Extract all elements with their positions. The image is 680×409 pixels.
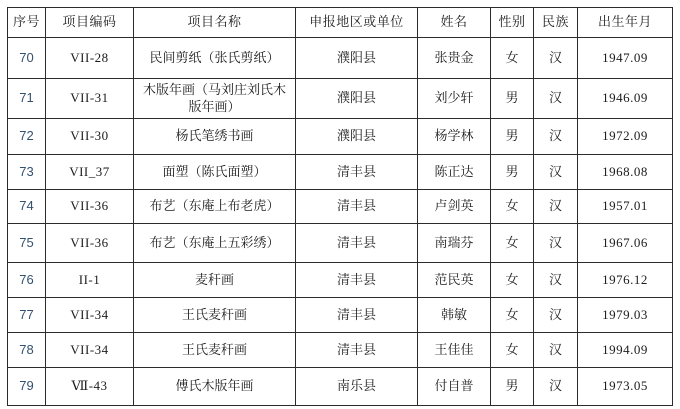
cell-person-name: 陈正达 bbox=[418, 155, 491, 190]
cell-person-name: 韩敏 bbox=[418, 298, 491, 333]
header-birth-date: 出生年月 bbox=[578, 8, 673, 38]
cell-project-code: VII-31 bbox=[46, 79, 134, 119]
cell-birth-date: 1994.09 bbox=[578, 333, 673, 368]
table-row: 73VII_37面塑（陈氏面塑）清丰县陈正达男汉1968.08 bbox=[8, 155, 673, 190]
cell-ethnicity: 汉 bbox=[534, 38, 578, 79]
cell-serial-number: 78 bbox=[8, 333, 46, 368]
cell-region-or-unit: 清丰县 bbox=[296, 333, 418, 368]
cell-person-name: 刘少轩 bbox=[418, 79, 491, 119]
cell-ethnicity: 汉 bbox=[534, 119, 578, 155]
table-row: 79Ⅶ-43傅氏木版年画南乐县付自普男汉1973.05 bbox=[8, 368, 673, 406]
heritage-projects-table: 序号 项目编码 项目名称 申报地区或单位 姓名 性别 民族 出生年月 70VII… bbox=[7, 7, 673, 406]
cell-gender: 女 bbox=[491, 224, 534, 263]
cell-serial-number: 74 bbox=[8, 190, 46, 224]
cell-ethnicity: 汉 bbox=[534, 224, 578, 263]
table-row: 72VII-30杨氏笔绣书画濮阳县杨学林男汉1972.09 bbox=[8, 119, 673, 155]
table-row: 74VII-36布艺（东庵上布老虎）清丰县卢剑英女汉1957.01 bbox=[8, 190, 673, 224]
cell-gender: 男 bbox=[491, 119, 534, 155]
cell-project-name: 麦秆画 bbox=[134, 263, 296, 298]
cell-person-name: 范民英 bbox=[418, 263, 491, 298]
cell-serial-number: 76 bbox=[8, 263, 46, 298]
cell-ethnicity: 汉 bbox=[534, 79, 578, 119]
cell-gender: 男 bbox=[491, 368, 534, 406]
cell-project-code: VII-34 bbox=[46, 333, 134, 368]
table-row: 76II-1麦秆画清丰县范民英女汉1976.12 bbox=[8, 263, 673, 298]
cell-serial-number: 77 bbox=[8, 298, 46, 333]
cell-region-or-unit: 濮阳县 bbox=[296, 79, 418, 119]
cell-birth-date: 1973.05 bbox=[578, 368, 673, 406]
cell-birth-date: 1947.09 bbox=[578, 38, 673, 79]
cell-serial-number: 79 bbox=[8, 368, 46, 406]
cell-person-name: 杨学林 bbox=[418, 119, 491, 155]
cell-serial-number: 71 bbox=[8, 79, 46, 119]
cell-project-name: 布艺（东庵上五彩绣） bbox=[134, 224, 296, 263]
cell-region-or-unit: 清丰县 bbox=[296, 190, 418, 224]
cell-project-code: II-1 bbox=[46, 263, 134, 298]
cell-birth-date: 1972.09 bbox=[578, 119, 673, 155]
header-gender: 性别 bbox=[491, 8, 534, 38]
header-project-code: 项目编码 bbox=[46, 8, 134, 38]
cell-project-name: 面塑（陈氏面塑） bbox=[134, 155, 296, 190]
header-serial-number: 序号 bbox=[8, 8, 46, 38]
cell-ethnicity: 汉 bbox=[534, 368, 578, 406]
cell-gender: 男 bbox=[491, 155, 534, 190]
cell-birth-date: 1976.12 bbox=[578, 263, 673, 298]
cell-region-or-unit: 南乐县 bbox=[296, 368, 418, 406]
cell-project-code: VII-36 bbox=[46, 224, 134, 263]
cell-ethnicity: 汉 bbox=[534, 263, 578, 298]
cell-project-name: 傅氏木版年画 bbox=[134, 368, 296, 406]
cell-birth-date: 1967.06 bbox=[578, 224, 673, 263]
table-row: 75VII-36布艺（东庵上五彩绣）清丰县南瑞芬女汉1967.06 bbox=[8, 224, 673, 263]
cell-ethnicity: 汉 bbox=[534, 190, 578, 224]
cell-region-or-unit: 清丰县 bbox=[296, 263, 418, 298]
document-page: 序号 项目编码 项目名称 申报地区或单位 姓名 性别 民族 出生年月 70VII… bbox=[0, 0, 680, 406]
table-row: 77VII-34王氏麦秆画清丰县韩敏女汉1979.03 bbox=[8, 298, 673, 333]
table-row: 71VII-31木版年画（马刘庄刘氏木版年画）濮阳县刘少轩男汉1946.09 bbox=[8, 79, 673, 119]
header-region-or-unit: 申报地区或单位 bbox=[296, 8, 418, 38]
cell-birth-date: 1979.03 bbox=[578, 298, 673, 333]
cell-gender: 女 bbox=[491, 298, 534, 333]
cell-serial-number: 75 bbox=[8, 224, 46, 263]
cell-gender: 女 bbox=[491, 38, 534, 79]
cell-region-or-unit: 清丰县 bbox=[296, 224, 418, 263]
cell-project-code: VII-30 bbox=[46, 119, 134, 155]
cell-person-name: 王佳佳 bbox=[418, 333, 491, 368]
cell-gender: 女 bbox=[491, 190, 534, 224]
cell-gender: 女 bbox=[491, 333, 534, 368]
cell-region-or-unit: 濮阳县 bbox=[296, 119, 418, 155]
cell-serial-number: 73 bbox=[8, 155, 46, 190]
cell-serial-number: 72 bbox=[8, 119, 46, 155]
cell-project-name: 杨氏笔绣书画 bbox=[134, 119, 296, 155]
cell-person-name: 卢剑英 bbox=[418, 190, 491, 224]
cell-project-code: VII-36 bbox=[46, 190, 134, 224]
cell-project-name: 布艺（东庵上布老虎） bbox=[134, 190, 296, 224]
cell-project-code: VII-34 bbox=[46, 298, 134, 333]
cell-gender: 男 bbox=[491, 79, 534, 119]
cell-ethnicity: 汉 bbox=[534, 298, 578, 333]
cell-person-name: 付自普 bbox=[418, 368, 491, 406]
header-person-name: 姓名 bbox=[418, 8, 491, 38]
header-ethnicity: 民族 bbox=[534, 8, 578, 38]
cell-gender: 女 bbox=[491, 263, 534, 298]
header-project-name: 项目名称 bbox=[134, 8, 296, 38]
cell-person-name: 南瑞芬 bbox=[418, 224, 491, 263]
cell-project-name: 王氏麦秆画 bbox=[134, 333, 296, 368]
cell-ethnicity: 汉 bbox=[534, 333, 578, 368]
cell-project-name: 王氏麦秆画 bbox=[134, 298, 296, 333]
cell-region-or-unit: 濮阳县 bbox=[296, 38, 418, 79]
cell-project-name: 木版年画（马刘庄刘氏木版年画） bbox=[134, 79, 296, 119]
cell-serial-number: 70 bbox=[8, 38, 46, 79]
table-body: 70VII-28民间剪纸（张氏剪纸）濮阳县张贵金女汉1947.0971VII-3… bbox=[8, 38, 673, 406]
cell-project-code: Ⅶ-43 bbox=[46, 368, 134, 406]
cell-birth-date: 1946.09 bbox=[578, 79, 673, 119]
cell-project-code: VII-28 bbox=[46, 38, 134, 79]
cell-project-name: 民间剪纸（张氏剪纸） bbox=[134, 38, 296, 79]
cell-region-or-unit: 清丰县 bbox=[296, 155, 418, 190]
table-row: 78VII-34王氏麦秆画清丰县王佳佳女汉1994.09 bbox=[8, 333, 673, 368]
cell-person-name: 张贵金 bbox=[418, 38, 491, 79]
table-row: 70VII-28民间剪纸（张氏剪纸）濮阳县张贵金女汉1947.09 bbox=[8, 38, 673, 79]
cell-ethnicity: 汉 bbox=[534, 155, 578, 190]
table-header-row: 序号 项目编码 项目名称 申报地区或单位 姓名 性别 民族 出生年月 bbox=[8, 8, 673, 38]
cell-region-or-unit: 清丰县 bbox=[296, 298, 418, 333]
cell-project-code: VII_37 bbox=[46, 155, 134, 190]
cell-birth-date: 1968.08 bbox=[578, 155, 673, 190]
cell-birth-date: 1957.01 bbox=[578, 190, 673, 224]
